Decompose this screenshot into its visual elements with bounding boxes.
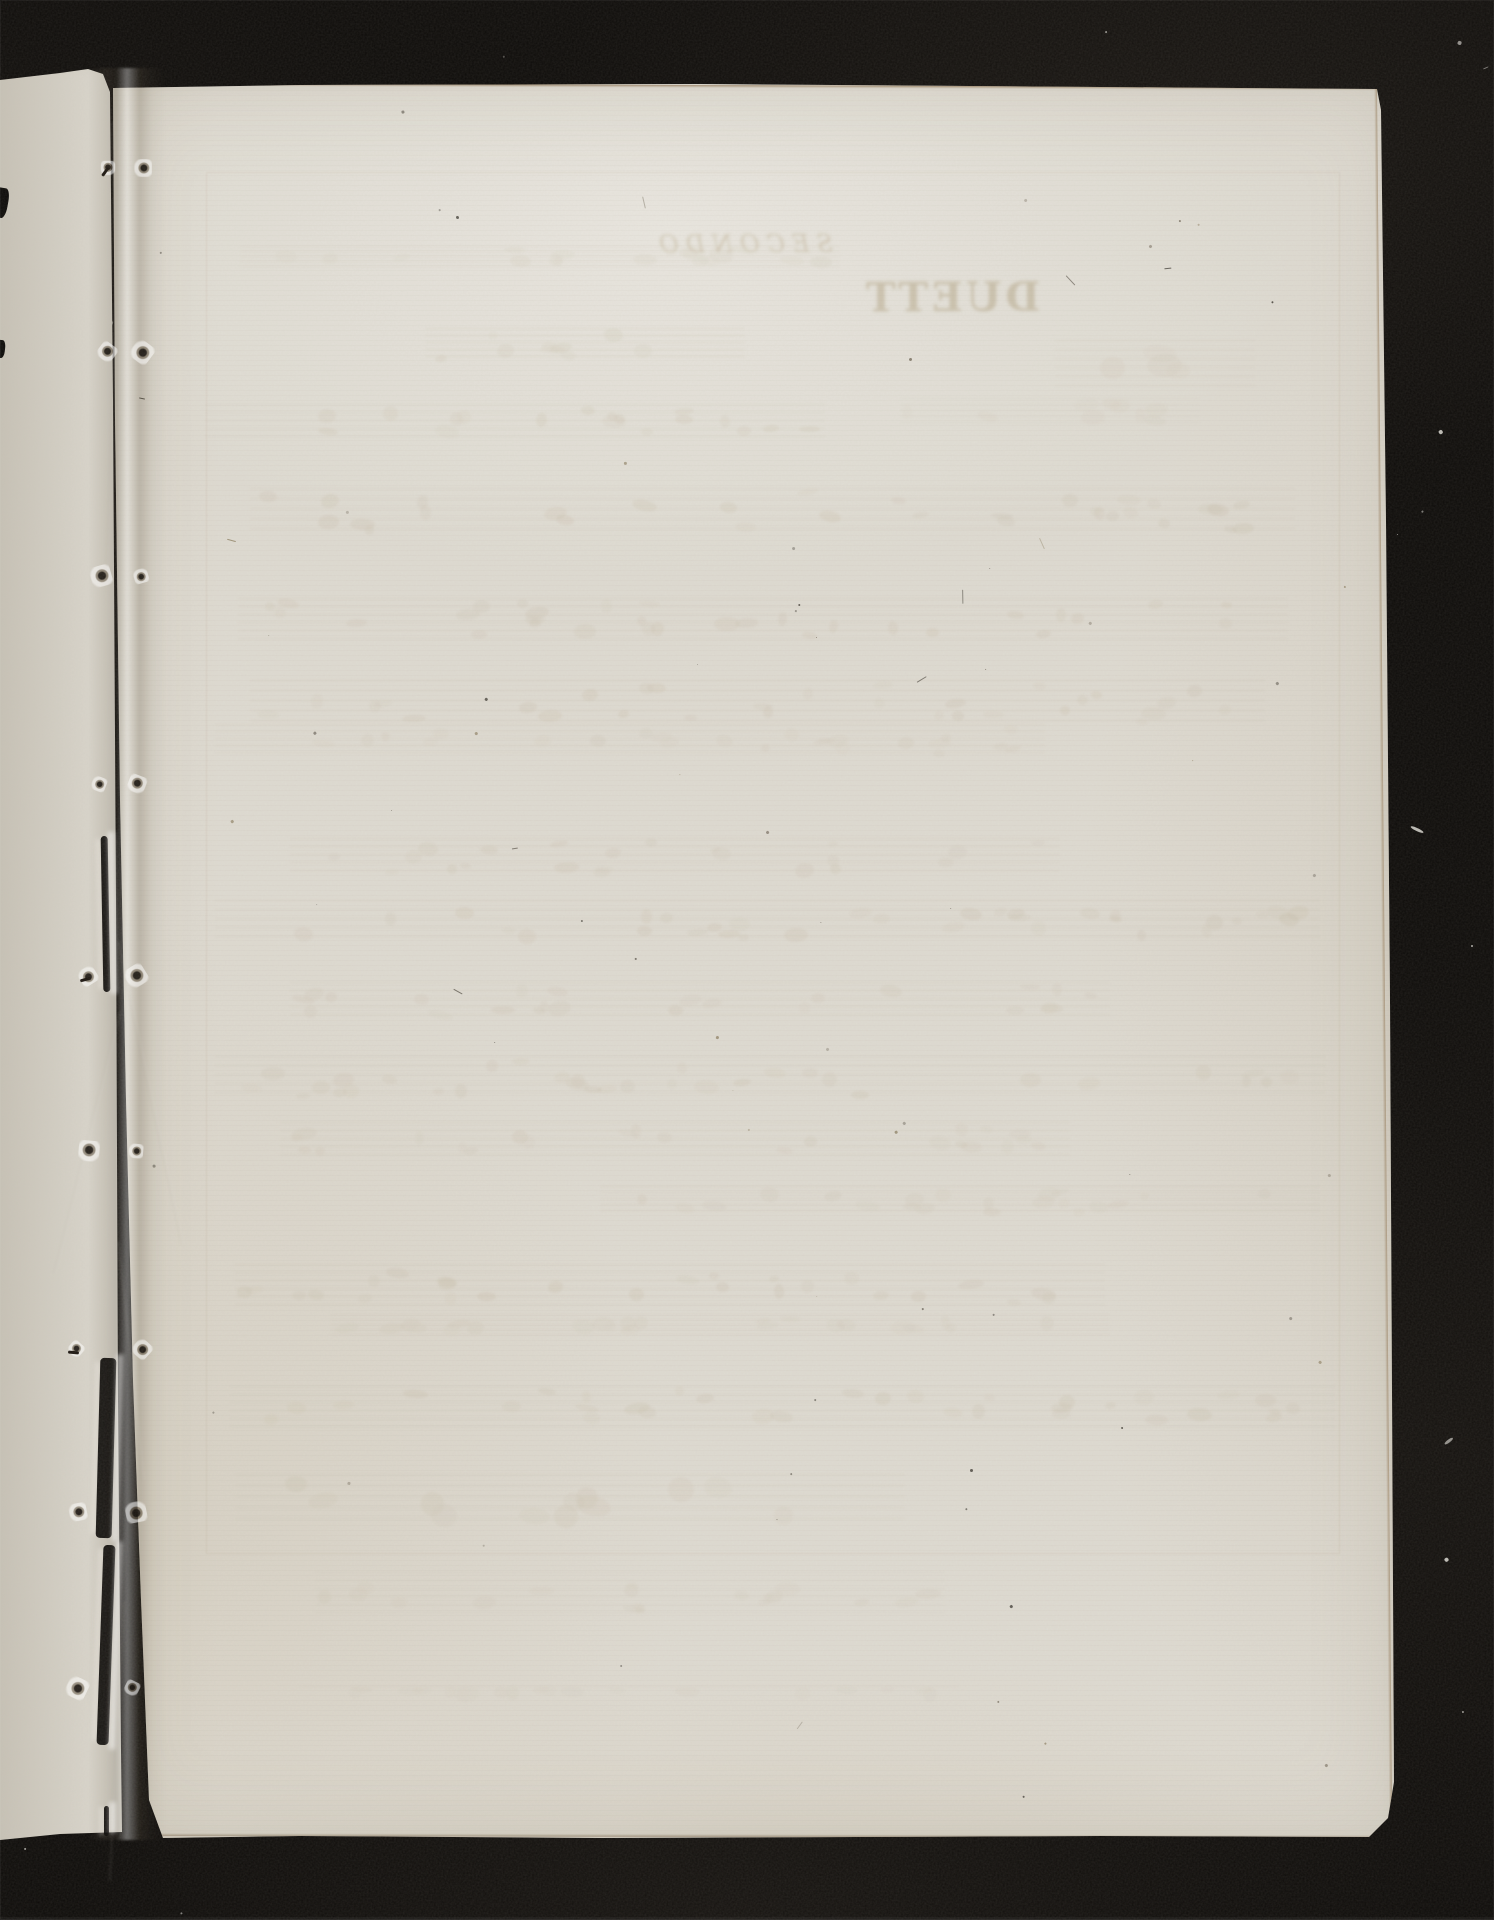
stitch-hole (68, 1502, 89, 1523)
stitch-hole (126, 773, 149, 796)
photo: SECONDODUETT (0, 0, 1494, 1920)
stitch-hole (88, 563, 114, 589)
stitch-hole (124, 1500, 148, 1524)
stitch-hole (132, 567, 150, 585)
stitch-hole (63, 1674, 91, 1702)
stitch-hole (130, 1337, 155, 1362)
stitch-thread (68, 1351, 79, 1355)
stitch-hole (66, 1339, 86, 1359)
stitch-hole (122, 1678, 141, 1697)
stitch-hole (128, 1143, 144, 1159)
gutter-wrinkle (117, 941, 184, 1245)
stitch-hole (76, 964, 100, 988)
tear-highlight (109, 1802, 116, 1833)
binding-tear (96, 1358, 117, 1538)
gutter-wrinkle (111, 121, 121, 321)
stitch-hole (78, 1140, 101, 1163)
stitch-hole (90, 775, 109, 794)
binding-layer (0, 0, 1494, 1920)
stitch-hole (134, 159, 152, 177)
binding-tear (104, 1806, 109, 1836)
binding-tear (97, 1545, 116, 1745)
binding-tear (101, 836, 111, 992)
stitch-hole (127, 337, 156, 366)
tear-highlight (108, 832, 118, 994)
